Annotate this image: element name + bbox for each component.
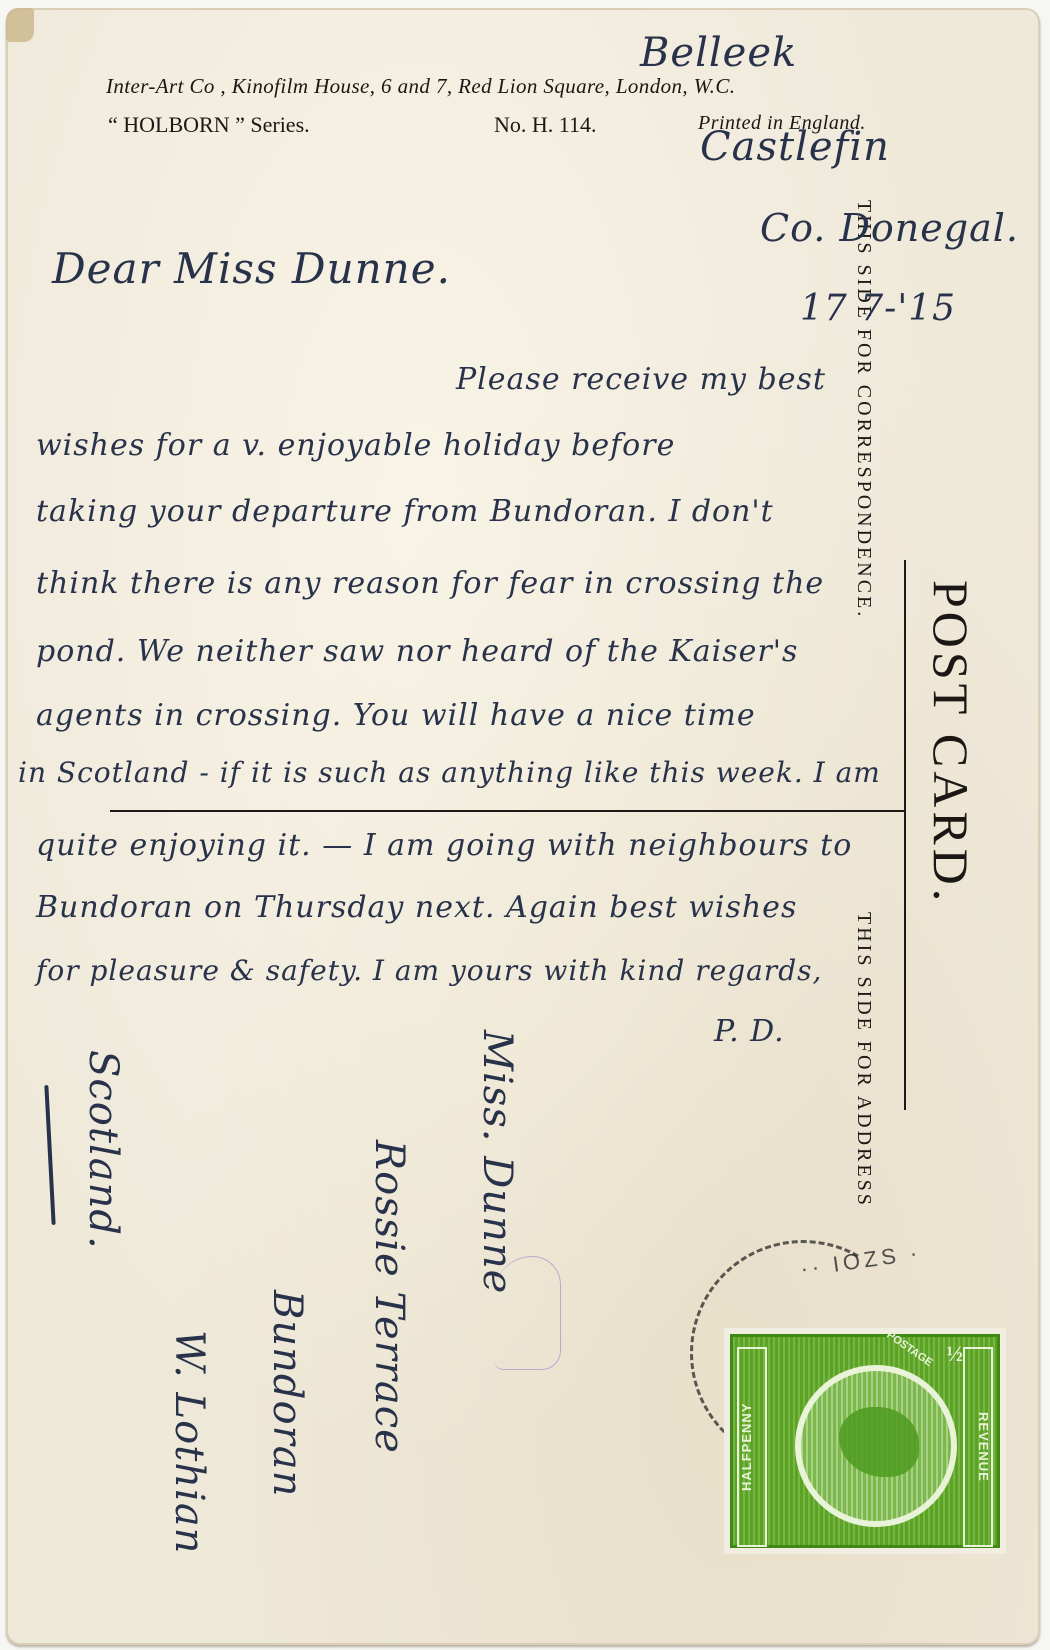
body-line: for pleasure & safety. I am yours with k… <box>36 954 822 987</box>
stamp-face: HALFPENNY POSTAGE ½ REVENUE <box>730 1334 1000 1548</box>
sender-place-2: Castlefin <box>700 124 890 170</box>
king-portrait-icon <box>839 1407 919 1477</box>
address-line-2: Rossie Terrace <box>366 1140 412 1454</box>
card-number: No. H. 114. <box>494 112 596 138</box>
post-card-title: POST CARD. <box>922 580 980 905</box>
stamp-revenue-label: REVENUE <box>963 1347 993 1547</box>
body-line: pond. We neither saw nor heard of the Ka… <box>36 634 798 669</box>
body-line: agents in crossing. You will have a nice… <box>36 698 756 733</box>
series-label: “ HOLBORN ” Series. <box>108 112 310 138</box>
body-line: taking your departure from Bundoran. I d… <box>36 494 774 529</box>
stamp-portrait-oval <box>795 1365 957 1527</box>
publisher-line: Inter-Art Co , Kinofilm House, 6 and 7, … <box>106 74 735 99</box>
body-line: Bundoran on Thursday next. Again best wi… <box>36 890 797 925</box>
torn-corner <box>6 8 34 42</box>
body-line: Please receive my best <box>456 362 826 397</box>
sender-place-1: Belleek <box>640 30 797 76</box>
salutation: Dear Miss Dunne. <box>52 244 451 293</box>
stamp-halfpenny-label: HALFPENNY <box>737 1347 767 1547</box>
body-line: quite enjoying it. — I am going with nei… <box>36 828 852 863</box>
address-line-1: Miss. Dunne <box>474 1030 520 1294</box>
body-line: think there is any reason for fear in cr… <box>36 566 824 601</box>
body-line: in Scotland - if it is such as anything … <box>18 756 881 789</box>
address-line-4: W. Lothian <box>166 1330 212 1554</box>
body-line: wishes for a v. enjoyable holiday before <box>36 428 675 463</box>
signature: P. D. <box>714 1014 785 1049</box>
letter-date: 17 7-'15 <box>800 288 956 329</box>
sender-place-3: Co. Donegal. <box>760 206 1019 250</box>
violet-pencil-mark <box>494 1256 561 1370</box>
divider-horizontal <box>110 810 905 812</box>
address-line-5: Scotland. <box>80 1050 126 1250</box>
address-line-3: Bundoran <box>264 1290 310 1497</box>
address-label: THIS SIDE FOR ADDRESS <box>852 912 875 1208</box>
stamp-postage-label: POSTAGE <box>884 1329 934 1369</box>
stamp-value: ½ <box>947 1341 964 1367</box>
postage-stamp: HALFPENNY POSTAGE ½ REVENUE <box>724 1328 1006 1554</box>
divider-vertical <box>904 560 906 1110</box>
correspondence-label: THIS SIDE FOR CORRESPONDENCE. <box>852 200 875 619</box>
